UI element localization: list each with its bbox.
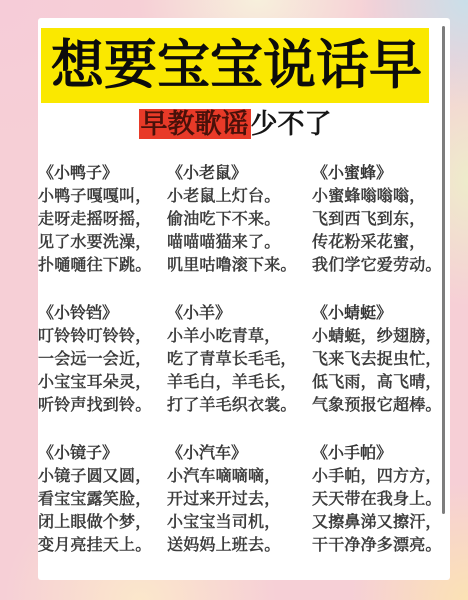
rhyme-title: 《小铃铛》	[38, 302, 167, 325]
rhyme-car: 《小汽车》 小汽车嘀嘀嘀， 开过来开过去， 小宝宝当司机， 送妈妈上班去。	[167, 442, 312, 557]
rhyme-line: 变月亮挂天上。	[38, 534, 167, 557]
rhyme-line: 叽里咕噜滚下来。	[167, 254, 312, 277]
rhyme-line: 小蜜蜂嗡嗡嗡，	[312, 185, 450, 208]
rhyme-line: 羊毛白，羊毛长，	[167, 371, 312, 394]
rhyme-line: 传花粉采花蜜，	[312, 231, 450, 254]
rhyme-line: 偷油吃下不来。	[167, 208, 312, 231]
rhyme-sheep: 《小羊》 小羊小吃青草， 吃了青草长毛毛， 羊毛白，羊毛长， 打了羊毛织衣裳。	[167, 302, 312, 417]
rhyme-line: 开过来开过去，	[167, 488, 312, 511]
rhyme-line: 小宝宝耳朵灵，	[38, 371, 167, 394]
rhyme-line: 看宝宝露笑脸，	[38, 488, 167, 511]
rhyme-line: 天天带在我身上。	[312, 488, 450, 511]
rhyme-title: 《小老鼠》	[167, 162, 312, 185]
rhyme-line: 扑嗵嗵往下跳。	[38, 254, 167, 277]
rhyme-line: 飞到西飞到东，	[312, 208, 450, 231]
rhyme-title: 《小汽车》	[167, 442, 312, 465]
rhyme-line: 送妈妈上班去。	[167, 534, 312, 557]
rhyme-line: 小羊小吃青草，	[167, 325, 312, 348]
rhyme-title: 《小手帕》	[312, 442, 450, 465]
rhyme-mouse: 《小老鼠》 小老鼠上灯台。 偷油吃下不来。 喵喵喵猫来了。 叽里咕噜滚下来。	[167, 162, 312, 277]
subtitle-highlight: 早教歌谣	[139, 109, 251, 139]
rhyme-dragonfly: 《小蜻蜓》 小蜻蜓，纱翅膀， 飞来飞去捉虫忙， 低飞雨，高飞晴， 气象预报它超棒…	[312, 302, 450, 417]
rhyme-title: 《小鸭子》	[38, 162, 167, 185]
subtitle-rest: 少不了	[251, 109, 332, 139]
poster-background: { "header": { "title": "想要宝宝说话早", "subti…	[0, 0, 468, 600]
rhyme-line: 干干净净多漂亮。	[312, 534, 450, 557]
rhyme-mirror: 《小镜子》 小镜子圆又圆， 看宝宝露笑脸， 闭上眼做个梦， 变月亮挂天上。	[38, 442, 167, 557]
rhyme-title: 《小镜子》	[38, 442, 167, 465]
rhyme-line: 走呀走摇呀摇，	[38, 208, 167, 231]
poster-card: 想要宝宝说话早 早教歌谣少不了 《小鸭子》 小鸭子嘎嘎叫， 走呀走摇呀摇， 见了…	[38, 18, 450, 580]
header: 想要宝宝说话早	[38, 28, 432, 103]
rhyme-bell: 《小铃铛》 叮铃铃叮铃铃， 一会远一会近， 小宝宝耳朵灵， 听铃声找到铃。	[38, 302, 167, 417]
subtitle: 早教歌谣少不了	[38, 108, 432, 141]
rhyme-line: 见了水要洗澡，	[38, 231, 167, 254]
rhyme-bee: 《小蜜蜂》 小蜜蜂嗡嗡嗡， 飞到西飞到东， 传花粉采花蜜， 我们学它爱劳动。	[312, 162, 450, 277]
rhyme-line: 闭上眼做个梦，	[38, 511, 167, 534]
rhyme-handkerchief: 《小手帕》 小手帕，四方方， 天天带在我身上。 又擦鼻涕又擦汗， 干干净净多漂亮…	[312, 442, 450, 557]
rhyme-line: 小手帕，四方方，	[312, 465, 450, 488]
rhyme-line: 叮铃铃叮铃铃，	[38, 325, 167, 348]
rhyme-line: 低飞雨，高飞晴，	[312, 371, 450, 394]
rhyme-line: 听铃声找到铃。	[38, 394, 167, 417]
rhyme-line: 我们学它爱劳动。	[312, 254, 450, 277]
scrollbar-thumb[interactable]	[442, 26, 445, 514]
rhyme-line: 小老鼠上灯台。	[167, 185, 312, 208]
rhyme-line: 喵喵喵猫来了。	[167, 231, 312, 254]
rhyme-title: 《小蜻蜓》	[312, 302, 450, 325]
rhyme-line: 小宝宝当司机，	[167, 511, 312, 534]
rhyme-line: 小蜻蜓，纱翅膀，	[312, 325, 450, 348]
rhyme-line: 飞来飞去捉虫忙，	[312, 348, 450, 371]
rhyme-line: 一会远一会近，	[38, 348, 167, 371]
rhyme-line: 小镜子圆又圆，	[38, 465, 167, 488]
rhyme-title: 《小羊》	[167, 302, 312, 325]
rhyme-line: 又擦鼻涕又擦汗，	[312, 511, 450, 534]
rhyme-line: 打了羊毛织衣裳。	[167, 394, 312, 417]
page-title: 想要宝宝说话早	[41, 28, 429, 103]
rhymes-grid: 《小鸭子》 小鸭子嘎嘎叫， 走呀走摇呀摇， 见了水要洗澡， 扑嗵嗵往下跳。 《小…	[38, 162, 450, 557]
rhyme-line: 小汽车嘀嘀嘀，	[167, 465, 312, 488]
rhyme-line: 小鸭子嘎嘎叫，	[38, 185, 167, 208]
rhyme-line: 吃了青草长毛毛，	[167, 348, 312, 371]
rhyme-title: 《小蜜蜂》	[312, 162, 450, 185]
rhyme-duck: 《小鸭子》 小鸭子嘎嘎叫， 走呀走摇呀摇， 见了水要洗澡， 扑嗵嗵往下跳。	[38, 162, 167, 277]
rhyme-line: 气象预报它超棒。	[312, 394, 450, 417]
